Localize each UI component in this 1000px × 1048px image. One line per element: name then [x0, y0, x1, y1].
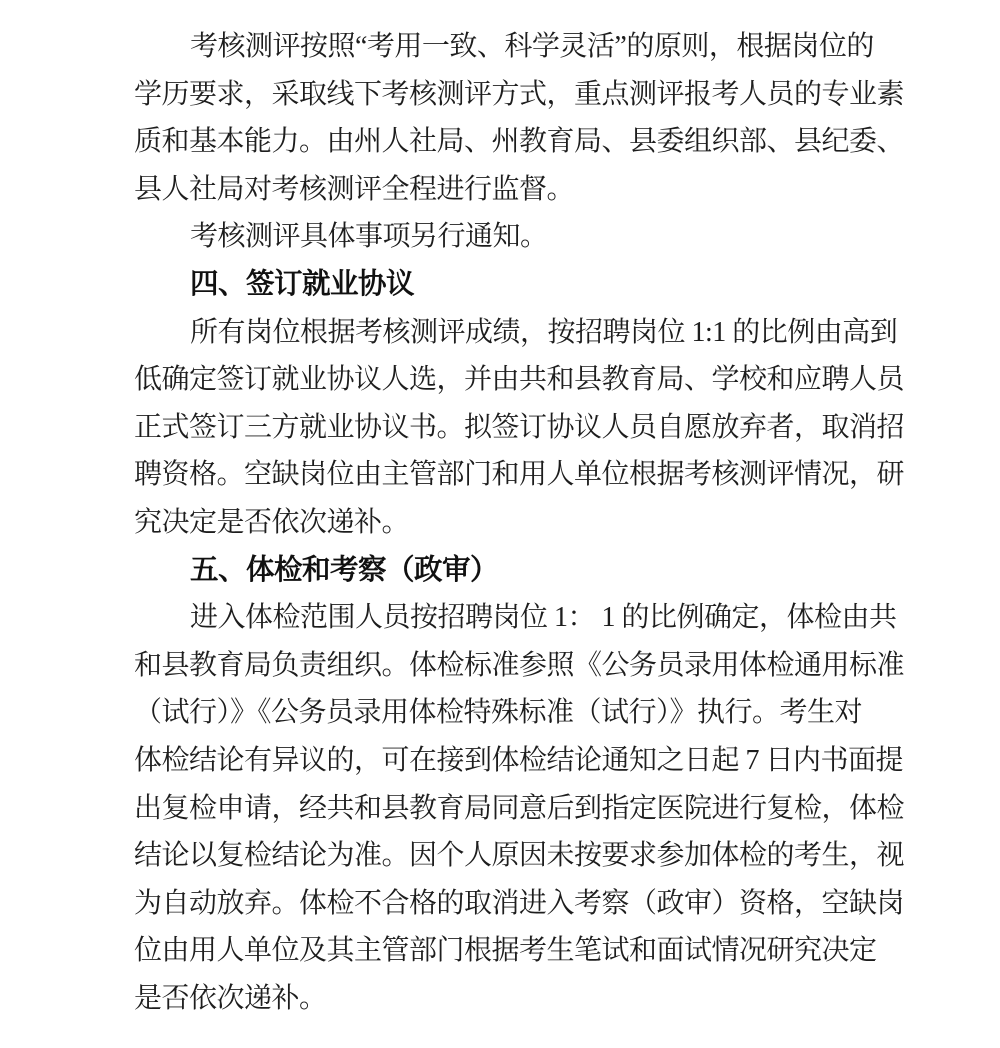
document-line: 考核测评具体事项另行通知。 — [134, 213, 884, 261]
document-line: 究决定是否依次递补。 — [134, 499, 884, 547]
document-line: 是否依次递补。 — [134, 975, 884, 1023]
document-page: 考核测评按照“考用一致、科学灵活”的原则，根据岗位的学历要求，采取线下考核测评方… — [0, 0, 1000, 1048]
document-line: 位由用人单位及其主管部门根据考生笔试和面试情况研究决定 — [134, 927, 884, 975]
document-line: 县人社局对考核测评全程进行监督。 — [134, 166, 884, 214]
document-line: 结论以复检结论为准。因个人原因未按要求参加体检的考生，视 — [134, 832, 884, 880]
document-line: 学历要求，采取线下考核测评方式，重点测评报考人员的专业素 — [134, 71, 884, 119]
document-line: 出复检申请，经共和县教育局同意后到指定医院进行复检，体检 — [134, 785, 884, 833]
document-line: 正式签订三方就业协议书。拟签订协议人员自愿放弃者，取消招 — [134, 404, 884, 452]
document-line: 质和基本能力。由州人社局、州教育局、县委组织部、县纪委、 — [134, 118, 884, 166]
document-line: 所有岗位根据考核测评成绩，按招聘岗位 1:1 的比例由高到 — [134, 309, 884, 357]
document-line: 进入体检范围人员按招聘岗位 1： 1 的比例确定，体检由共 — [134, 594, 884, 642]
document-line: 体检结论有异议的，可在接到体检结论通知之日起 7 日内书面提 — [134, 737, 884, 785]
document-line: 为自动放弃。体检不合格的取消进入考察（政审）资格，空缺岗 — [134, 880, 884, 928]
document-line: 和县教育局负责组织。体检标准参照《公务员录用体检通用标准 — [134, 642, 884, 690]
document-line: 低确定签订就业协议人选，并由共和县教育局、学校和应聘人员 — [134, 356, 884, 404]
section-heading: 四、签订就业协议 — [134, 261, 884, 309]
document-line: （试行）》《公务员录用体检特殊标准（试行）》执行。考生对 — [134, 689, 884, 737]
document-body: 考核测评按照“考用一致、科学灵活”的原则，根据岗位的学历要求，采取线下考核测评方… — [134, 23, 884, 1022]
document-line: 聘资格。空缺岗位由主管部门和用人单位根据考核测评情况，研 — [134, 451, 884, 499]
document-line: 考核测评按照“考用一致、科学灵活”的原则，根据岗位的 — [134, 23, 884, 71]
section-heading: 五、体检和考察（政审） — [134, 547, 884, 595]
